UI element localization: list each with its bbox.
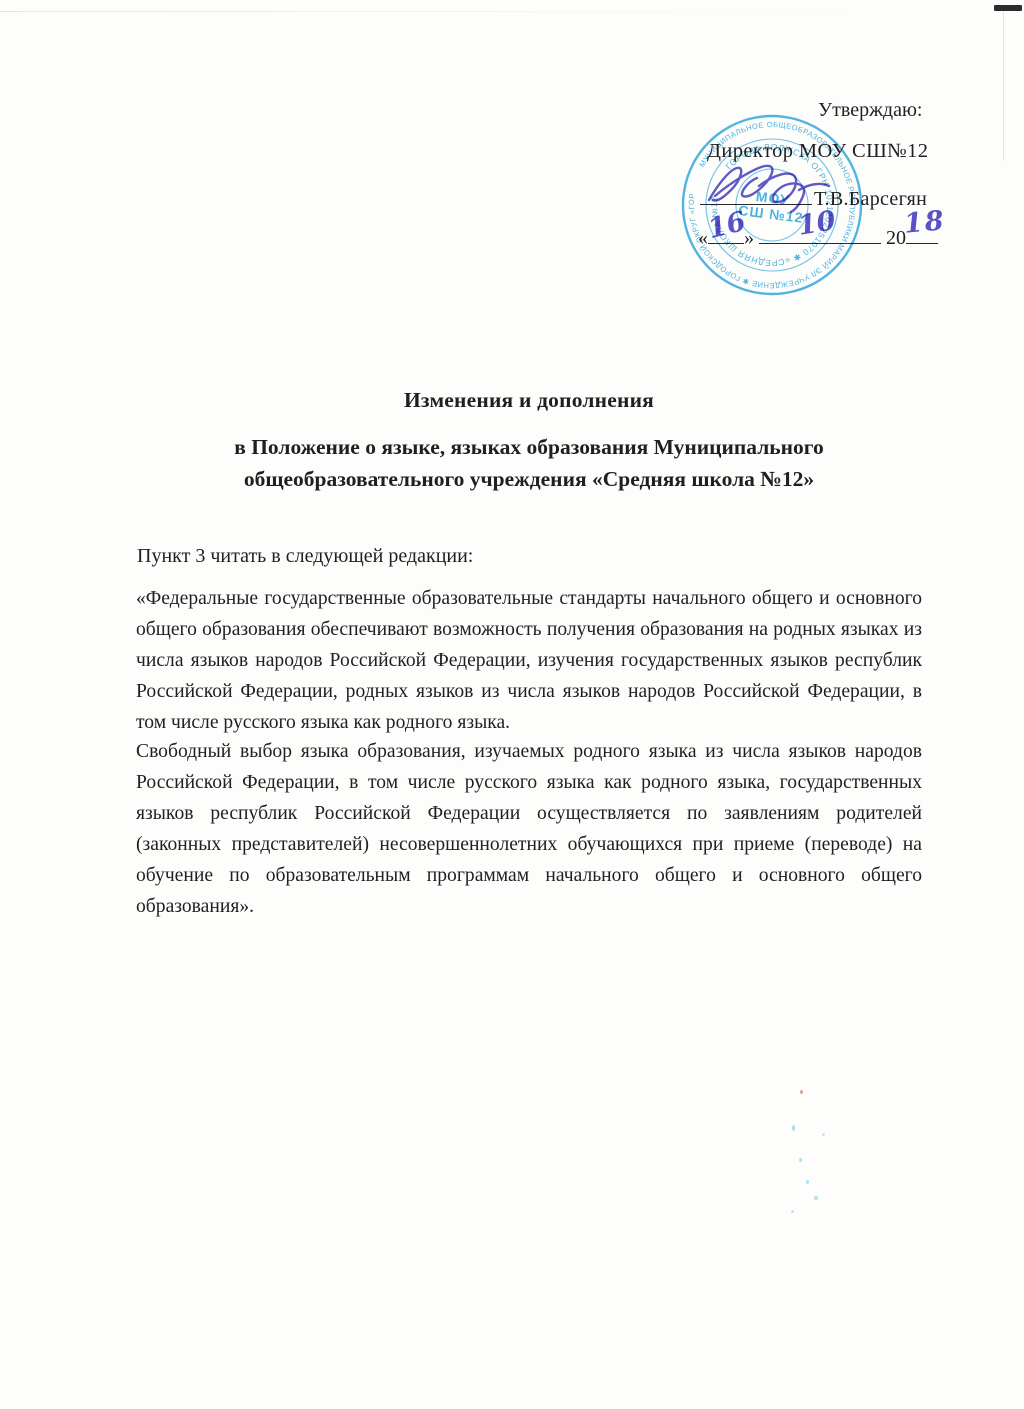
- intro-line: Пункт 3 читать в следующей редакции:: [137, 545, 473, 568]
- scan-speck: [792, 1125, 795, 1131]
- document-page: Утверждаю: Директор МОУ СШ№12 Т.В.Барсег…: [0, 0, 1024, 1409]
- document-subtitle: в Положение о языке, языках образования …: [157, 431, 901, 495]
- date-century: 20: [886, 227, 906, 249]
- scan-artifact-dash: [994, 5, 1022, 11]
- scan-speck: [822, 1133, 825, 1136]
- document-title: Изменения и дополнения: [137, 388, 921, 413]
- handwritten-year: 18: [903, 207, 947, 238]
- scan-speck: [814, 1196, 818, 1200]
- body-paragraph-1: «Федеральные государственные образовател…: [136, 583, 922, 738]
- scan-speck: [806, 1180, 809, 1184]
- scan-edge-line: [0, 11, 960, 12]
- scan-speck: [799, 1158, 802, 1162]
- scan-edge-vertical: [1003, 11, 1004, 161]
- scan-speck: [791, 1210, 794, 1213]
- stamp-center-line2: СШ №12: [738, 202, 805, 226]
- body-paragraph-2: Свободный выбор языка образования, изуча…: [136, 736, 922, 922]
- scan-speck: [800, 1090, 803, 1094]
- school-stamp: МУНИЦИПАЛЬНОЕ ОБЩЕОБРАЗОВАТЕЛЬНОЕ РЕСПУБ…: [672, 105, 872, 305]
